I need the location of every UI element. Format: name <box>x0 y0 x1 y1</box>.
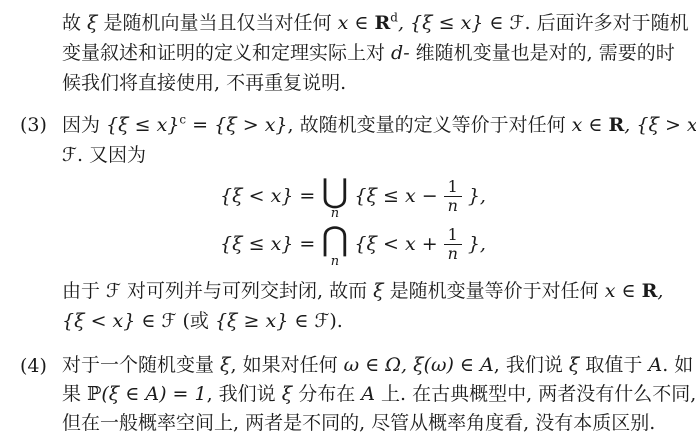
text-line: 果 ℙ(ξ ∈ A) = 1, 我们说 ξ 分布在 A 上. 在古典概型中, 两… <box>62 380 678 409</box>
text-run: 是随机向量当且仅当对任何 <box>98 12 338 34</box>
text-run: 故 <box>62 12 87 34</box>
big-intersection-glyph: ⋂ <box>321 222 348 256</box>
text-line: 由于 ℱ 对可列并与可列交封闭, 故而 ξ 是随机变量等价于对任何 x ∈ R, <box>62 276 678 306</box>
list-item-3: (3) 因为 {ξ ≤ x}c = {ξ > x}, 故随机变量的定义等价于对任… <box>62 110 678 336</box>
text-run: 取值于 <box>579 354 648 376</box>
math-run: , <box>657 280 663 302</box>
item-3-continuation: 由于 ℱ 对可列并与可列交封闭, 故而 ξ 是随机变量等价于对任何 x ∈ R,… <box>62 276 678 336</box>
text-run: 对可列并与可列交封闭, 故而 <box>121 280 373 302</box>
text-line: 但在一般概率空间上, 两者是不同的, 尽管从概率角度看, 没有本质区别. <box>62 409 678 437</box>
text-line: 变量叙述和证明的定义和定理实际上对 d- 维随机变量也是对的, 需要的时 <box>62 38 678 68</box>
text-run: , 我们说 <box>207 383 282 405</box>
math-run: {ξ ≤ x} <box>106 114 179 136</box>
fraction-numerator: 1 <box>444 178 462 197</box>
text-run: 变量叙述和证明的定义和定理实际上对 <box>62 42 391 64</box>
formula-union: {ξ < x} = ⋃ n {ξ ≤ x − 1 n }, <box>45 172 661 220</box>
text-line: 对于一个随机变量 ξ, 如果对任何 ω ∈ Ω, ξ(ω) ∈ A, 我们说 ξ… <box>62 351 678 380</box>
math-run: A <box>361 383 375 405</box>
math-run: ℱ <box>314 310 329 332</box>
math-run: ℱ <box>510 12 525 34</box>
list-item-4: (4) 对于一个随机变量 ξ, 如果对任何 ω ∈ Ω, ξ(ω) ∈ A, 我… <box>62 351 678 437</box>
math-run: , {ξ > x} ∈ <box>624 114 696 136</box>
text-line: 故 ξ 是随机向量当且仅当对任何 x ∈ Rd, {ξ ≤ x} ∈ ℱ. 后面… <box>62 8 678 38</box>
page-content: 故 ξ 是随机向量当且仅当对任何 x ∈ Rd, {ξ ≤ x} ∈ ℱ. 后面… <box>0 0 696 437</box>
text-run: . 后面许多对于随机 <box>524 12 688 34</box>
fraction: 1 n <box>444 178 462 215</box>
text-line: ℱ. 又因为 <box>62 140 678 170</box>
fraction-denominator: n <box>448 245 458 263</box>
math-run: x ∈ <box>338 12 375 34</box>
fraction-denominator: n <box>448 197 458 215</box>
text-run: . 如 <box>662 354 693 376</box>
math-run: ℱ <box>106 280 121 302</box>
math-run: ℱ <box>62 144 77 166</box>
math-run: ξ <box>569 354 579 376</box>
text-run: 果 <box>62 383 87 405</box>
math-run: ℱ <box>162 310 177 332</box>
math-run: ξ <box>220 354 230 376</box>
math-run: ξ <box>373 280 383 302</box>
math-run: ω ∈ Ω, ξ(ω) ∈ A <box>344 354 494 376</box>
math-run: ξ <box>282 383 292 405</box>
big-union-glyph: ⋃ <box>321 174 348 208</box>
text-run: 因为 <box>62 114 106 136</box>
math-run: {ξ ≥ x} ∈ <box>215 310 315 332</box>
math-run: R <box>642 280 658 302</box>
math-run: , {ξ ≤ x} ∈ <box>398 12 510 34</box>
union-operator-icon: ⋃ n <box>321 174 348 219</box>
text-run: 是随机变量等价于对任何 <box>384 280 605 302</box>
item-4-label: (4) <box>20 351 47 381</box>
display-math-block: {ξ < x} = ⋃ n {ξ ≤ x − 1 n }, {ξ ≤ x} = <box>45 172 661 268</box>
text-run: (或 <box>176 310 215 332</box>
text-line: 候我们将直接使用, 不再重复说明. <box>62 68 678 98</box>
text-line: 因为 {ξ ≤ x}c = {ξ > x}, 故随机变量的定义等价于对任何 x … <box>62 110 678 140</box>
formula-lhs: {ξ < x} = <box>220 185 315 207</box>
text-run: 候我们将直接使用, 不再重复说明. <box>62 72 346 94</box>
intro-paragraph: 故 ξ 是随机向量当且仅当对任何 x ∈ Rd, {ξ ≤ x} ∈ ℱ. 后面… <box>62 8 678 98</box>
math-run: x ∈ <box>572 114 609 136</box>
math-run: d <box>390 11 398 25</box>
formula-intersection: {ξ ≤ x} = ⋂ n {ξ < x + 1 n }, <box>45 220 661 268</box>
math-run: x ∈ <box>605 280 642 302</box>
math-run: {ξ < x} ∈ <box>62 310 162 332</box>
text-run: 但在一般概率空间上, 两者是不同的, 尽管从概率角度看, 没有本质区别. <box>62 412 655 434</box>
math-run: ξ <box>87 12 97 34</box>
fraction-numerator: 1 <box>444 226 462 245</box>
text-run: , 我们说 <box>494 354 569 376</box>
formula-rhs-pre: {ξ < x + <box>354 233 437 255</box>
text-run: , 故随机变量的定义等价于对任何 <box>288 114 572 136</box>
formula-rhs-post: }, <box>468 233 486 255</box>
text-run: 维随机变量也是对的, 需要的时 <box>410 42 675 64</box>
intersection-operator-icon: ⋂ n <box>321 222 348 267</box>
text-run: , 如果对任何 <box>231 354 344 376</box>
math-run: d- <box>391 42 410 64</box>
text-run: 对于一个随机变量 <box>62 354 220 376</box>
math-run: = {ξ > x} <box>186 114 287 136</box>
text-run: . 又因为 <box>77 144 146 166</box>
fraction: 1 n <box>444 226 462 263</box>
operator-subscript: n <box>331 256 339 267</box>
text-line: {ξ < x} ∈ ℱ (或 {ξ ≥ x} ∈ ℱ). <box>62 306 678 336</box>
text-run: ). <box>329 310 342 332</box>
text-run: 分布在 <box>292 383 361 405</box>
textbook-page: 故 ξ 是随机向量当且仅当对任何 x ∈ Rd, {ξ ≤ x} ∈ ℱ. 后面… <box>0 0 696 437</box>
operator-subscript: n <box>331 208 339 219</box>
text-run: 由于 <box>62 280 106 302</box>
math-run: R <box>374 12 390 34</box>
math-run: (ξ ∈ A) = 1 <box>101 383 206 405</box>
text-run: 上. 在古典概型中, 两者没有什么不同, <box>375 383 696 405</box>
math-run: R <box>608 114 624 136</box>
item-3-label: (3) <box>20 110 47 140</box>
formula-lhs: {ξ ≤ x} = <box>220 233 315 255</box>
formula-rhs-post: }, <box>468 185 486 207</box>
math-run: ℙ <box>87 383 101 405</box>
math-run: A <box>648 354 662 376</box>
formula-rhs-pre: {ξ ≤ x − <box>354 185 437 207</box>
